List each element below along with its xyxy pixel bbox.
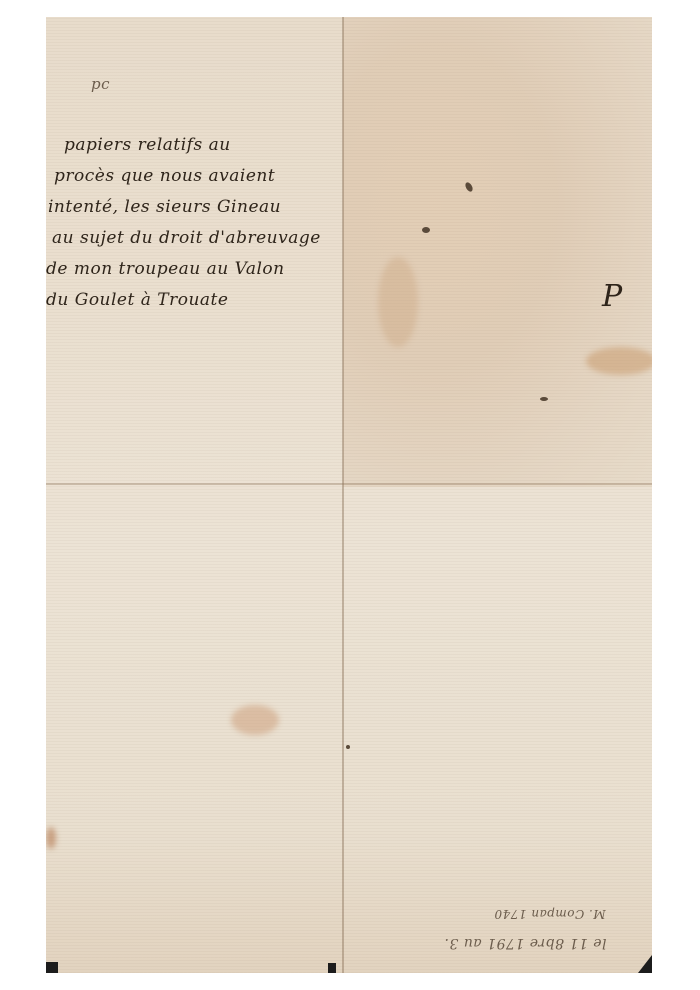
body-line: de mon troupeau au Valon [46,259,285,279]
header-mark: pc [91,75,110,93]
body-line: papiers relatifs au [64,135,231,155]
inverted-note: M. Compan 1740 [494,907,606,921]
body-line: du Goulet à Trouate [46,290,228,310]
paper-texture [46,17,652,973]
body-line: procès que nous avaient [54,166,275,186]
document-sheet: pc papiers relatifs au procès que nous a… [46,17,652,973]
scan-background-corner [328,963,336,973]
fold-line-vertical [342,17,344,973]
body-line: au sujet du droit d'abreuvage [52,228,321,248]
water-stain [586,347,652,375]
ink-spot [346,745,350,749]
inverted-note: le 11 8bre 1791 au 3. [444,935,607,951]
margin-mark: P [602,279,623,314]
water-stain [231,705,279,735]
fold-line-horizontal [46,483,652,485]
water-stain [378,257,418,347]
scan-background-corner [46,962,58,973]
water-stain [46,827,56,849]
ink-spot [422,227,430,233]
body-line: intenté, les sieurs Gineau [48,197,281,217]
ink-spot [540,397,548,401]
